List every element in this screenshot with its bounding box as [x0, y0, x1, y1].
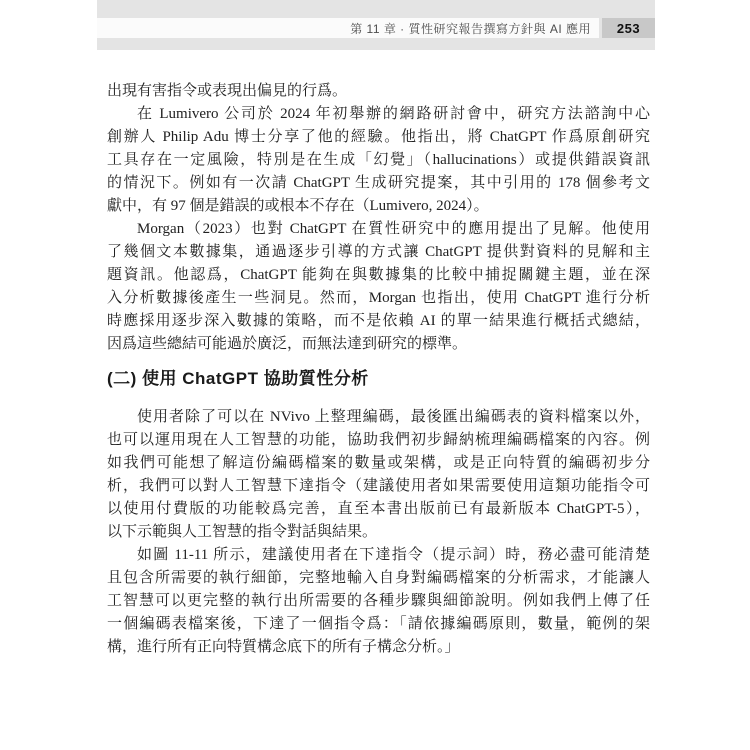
body-text-line: 入分析數據後產生一些洞見。然而，Morgan 也指出，使用 ChatGPT 進行…	[107, 287, 650, 310]
body-text-line: 如我們可能想了解這份編碼檔案的數量或架構，或是正向特質的編碼初步分	[107, 452, 650, 475]
body-text-line: 創辦人 Philip Adu 博士分享了他的經驗。他指出，將 ChatGPT 作…	[107, 126, 650, 149]
page-number-box: 253	[602, 18, 655, 38]
body-text-line: 一個編碼表檔案後，下達了一個指令爲：「請依據編碼原則，數量，範例的架	[107, 613, 650, 636]
body-text-line: 以使用付費版的功能較爲完善，直至本書出版前已有最新版本 ChatGPT-5），	[107, 498, 650, 521]
body-text-line: 在 Lumivero 公司於 2024 年初舉辦的網路研討會中，研究方法諮詢中心	[107, 103, 650, 126]
chapter-title-strip: 第 11 章 · 質性研究報告撰寫方針與 AI 應用	[97, 18, 599, 38]
paragraph-lumivero: 在 Lumivero 公司於 2024 年初舉辦的網路研討會中，研究方法諮詢中心…	[107, 103, 650, 218]
section-heading: (二) 使用 ChatGPT 協助質性分析	[107, 366, 650, 392]
body-text-line: Morgan（2023）也對 ChatGPT 在質性研究中的應用提出了見解。他使…	[107, 218, 650, 241]
body-text-line: 析，我們可以對人工智慧下達指令（建議使用者如果需要使用這類功能指令可	[107, 475, 650, 498]
paragraph-continuation: 出現有害指令或表現出偏見的行爲。	[107, 80, 650, 103]
body-text-line: 工具存在一定風險，特別是在生成「幻覺」（hallucinations）或提供錯誤…	[107, 149, 650, 172]
body-text-line: 獻中，有 97 個是錯誤的或根本不存在（Lumivero, 2024）。	[107, 195, 650, 218]
chapter-title: 第 11 章 · 質性研究報告撰寫方針與 AI 應用	[350, 20, 591, 37]
page-number: 253	[617, 21, 640, 36]
body-text-line: 出現有害指令或表現出偏見的行爲。	[107, 80, 650, 103]
book-page: 第 11 章 · 質性研究報告撰寫方針與 AI 應用 253 出現有害指令或表現…	[0, 0, 750, 750]
chapter-header-band: 第 11 章 · 質性研究報告撰寫方針與 AI 應用 253	[97, 0, 655, 50]
body-text-line: 且包含所需要的執行細節，完整地輸入自身對編碼檔案的分析需求，才能讓人	[107, 567, 650, 590]
body-text-line: 構，進行所有正向特質構念底下的所有子構念分析。」	[107, 636, 650, 659]
body-text-line: 也可以運用現在人工智慧的功能，協助我們初步歸納梳理編碼檔案的內容。例	[107, 429, 650, 452]
paragraph-morgan: Morgan（2023）也對 ChatGPT 在質性研究中的應用提出了見解。他使…	[107, 218, 650, 356]
body-text-block: 出現有害指令或表現出偏見的行爲。 在 Lumivero 公司於 2024 年初舉…	[107, 80, 650, 659]
paragraph-figure-11-11: 如圖 11-11 所示，建議使用者在下達指令（提示詞）時，務必盡可能清楚 且包含…	[107, 544, 650, 659]
body-text-line: 因爲這些總結可能過於廣泛，而無法達到研究的標準。	[107, 333, 650, 356]
paragraph-nvivo: 使用者除了可以在 NVivo 上整理編碼，最後匯出編碼表的資料檔案以外， 也可以…	[107, 406, 650, 544]
body-text-line: 如圖 11-11 所示，建議使用者在下達指令（提示詞）時，務必盡可能清楚	[107, 544, 650, 567]
body-text-line: 時應採用逐步深入數據的策略，而不是依賴 AI 的單一結果進行概括式總結，	[107, 310, 650, 333]
body-text-line: 工智慧可以更完整的執行出所需要的各種步驟與細節說明。例如我們上傳了任	[107, 590, 650, 613]
body-text-line: 題資訊。他認爲，ChatGPT 能夠在與數據集的比較中捕捉關鍵主題，並在深	[107, 264, 650, 287]
body-text-line: 了幾個文本數據集，通過逐步引導的方式讓 ChatGPT 提供對資料的見解和主	[107, 241, 650, 264]
body-text-line: 以下示範與人工智慧的指令對話與結果。	[107, 521, 650, 544]
body-text-line: 的情況下。例如有一次請 ChatGPT 生成研究提案，其中引用的 178 個參考…	[107, 172, 650, 195]
body-text-line: 使用者除了可以在 NVivo 上整理編碼，最後匯出編碼表的資料檔案以外，	[107, 406, 650, 429]
